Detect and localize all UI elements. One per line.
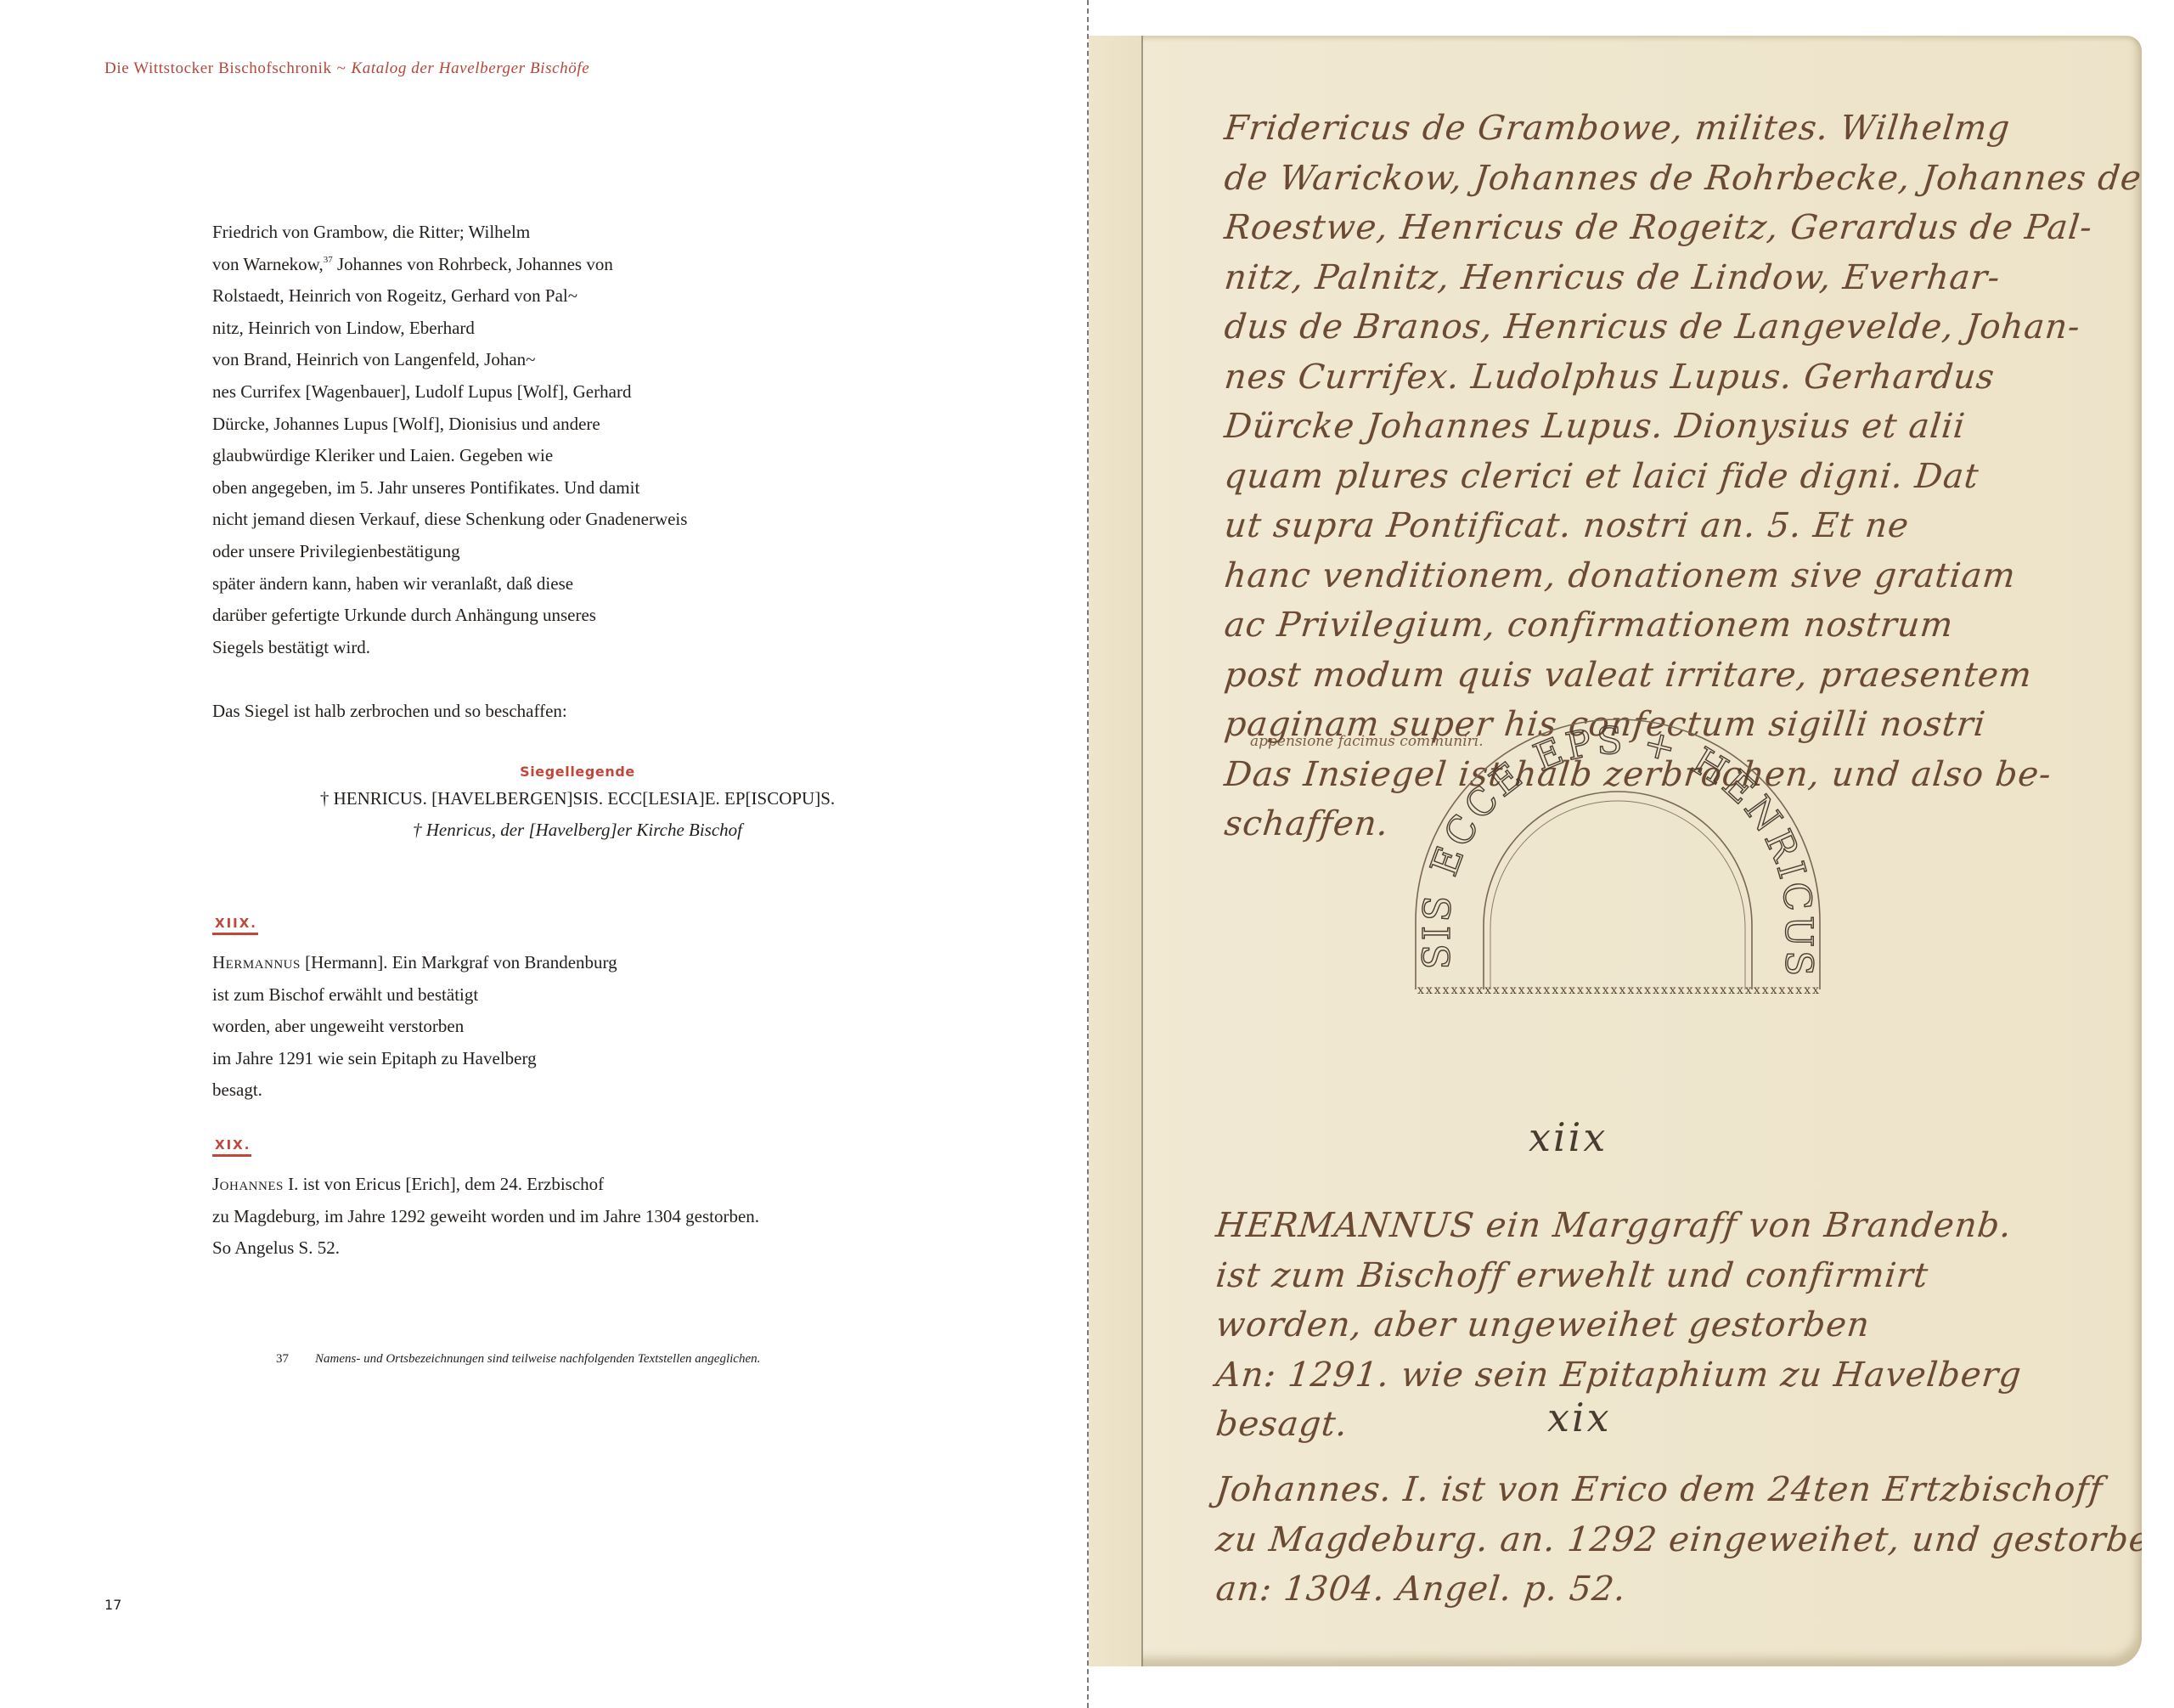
text-line: glaubwürdige Kleriker und Laien. Gegeben…: [212, 440, 977, 472]
text-line: Siegels bestätigt wird.: [212, 632, 977, 664]
bishop-name: Johannes: [212, 1174, 284, 1194]
section-text: Hermannus [Hermann]. Ein Markgraf von Br…: [212, 947, 977, 1107]
text-span: Johannes von Rohrbeck, Johannes von: [333, 254, 613, 274]
section-number: XIX.: [212, 1137, 251, 1157]
svg-text:SIS ECCE EPS + HENRICUS: SIS ECCE EPS + HENRICUS: [1415, 719, 1820, 980]
seal-legend-block: Siegellegende † HENRICUS. [HAVELBERGEN]S…: [280, 761, 875, 846]
seal-legend-translation: † Henricus, der [Havelberg]er Kirche Bis…: [280, 815, 875, 846]
title-separator: ~: [337, 59, 346, 77]
manuscript-line: nitz, Palnitz, Henricus de Lindow, Everh…: [1222, 253, 2127, 303]
left-page: Die Wittstocker Bischofschronik~Katalog …: [0, 0, 1087, 1708]
seal-legend-label: Siegellegende: [280, 761, 875, 783]
paragraph-gap: [212, 663, 977, 696]
running-head: Die Wittstocker Bischofschronik~Katalog …: [104, 59, 589, 78]
manuscript-line: besagt.: [1214, 1400, 2136, 1450]
manuscript-line: quam plures clerici et laici fide digni.…: [1222, 452, 2127, 502]
footnote-number: 37: [276, 1352, 315, 1367]
text-line: nicht jemand diesen Verkauf, diese Schen…: [212, 504, 977, 536]
manuscript-line: Johannes. I. ist von Erico dem 24ten Ert…: [1214, 1465, 2136, 1515]
manuscript-section-xiix: HERMANNUS ein Marggraff von Brandenb. is…: [1216, 1201, 2133, 1450]
text-line: später ändern kann, haben wir veranlaßt,…: [212, 568, 977, 600]
manuscript-facsimile: Fridericus de Grambowe, milites. Wilhelm…: [1089, 36, 2142, 1666]
manuscript-line: Dürcke Johannes Lupus. Dionysius et alii: [1222, 402, 2127, 452]
text-span: [Hermann]. Ein Markgraf von Brandenburg: [301, 952, 617, 972]
text-line: Dürcke, Johannes Lupus [Wolf], Dionisius…: [212, 409, 977, 441]
text-line: nitz, Heinrich von Lindow, Eberhard: [212, 313, 977, 345]
manuscript-line: dus de Branos, Henricus de Langevelde, J…: [1222, 302, 2127, 352]
text-line: So Angelus S. 52.: [212, 1232, 977, 1265]
section-xix: XIX. Johannes I. ist von Ericus [Erich],…: [212, 1137, 977, 1265]
section-number: XIIX.: [212, 916, 258, 935]
footnote-ref[interactable]: 37: [324, 255, 333, 265]
section-xiix: XIIX. Hermannus [Hermann]. Ein Markgraf …: [212, 916, 977, 1107]
manuscript-line: ut supra Pontificat. nostri an. 5. Et ne: [1222, 501, 2127, 551]
manuscript-section-xix: Johannes. I. ist von Erico dem 24ten Ert…: [1216, 1465, 2133, 1615]
section-text: Johannes I. ist von Ericus [Erich], dem …: [212, 1169, 977, 1265]
text-line: zu Magdeburg, im Jahre 1292 geweiht word…: [212, 1201, 977, 1233]
text-line: Rolstaedt, Heinrich von Rogeitz, Gerhard…: [212, 280, 977, 313]
footnote: 37Namens- und Ortsbezeichnungen sind tei…: [276, 1352, 760, 1367]
manuscript-line: nes Currifex. Ludolphus Lupus. Gerhardus: [1222, 352, 2127, 403]
svg-text:xxxxxxxxxxxxxxxxxxxxxxxxxxxxxx: xxxxxxxxxxxxxxxxxxxxxxxxxxxxxxxxxxxxxxxx…: [1417, 984, 1821, 997]
text-line: nes Currifex [Wagenbauer], Ludolf Lupus …: [212, 376, 977, 409]
manuscript-line: worden, aber ungeweihet gestorben: [1214, 1300, 2136, 1350]
text-line: im Jahre 1291 wie sein Epitaph zu Havelb…: [212, 1043, 977, 1075]
chapter-title: Katalog der Havelberger Bischöfe: [352, 59, 590, 77]
text-span: ist von Ericus [Erich], dem 24. Erzbisch…: [298, 1174, 604, 1194]
text-line: oder unsere Privilegienbestätigung: [212, 536, 977, 568]
page-number: 17: [104, 1597, 121, 1613]
seal-legend-drawn: SIS ECCE EPS + HENRICUS: [1415, 719, 1820, 980]
manuscript-heading-xiix: xiix: [1529, 1114, 1608, 1160]
manuscript-line: an: 1304. Angel. p. 52.: [1214, 1564, 2136, 1615]
manuscript-line: An: 1291. wie sein Epitaphium zu Havelbe…: [1214, 1350, 2136, 1401]
bishop-name: Hermannus: [212, 952, 301, 972]
text-line: besagt.: [212, 1074, 977, 1107]
manuscript-line: Fridericus de Grambowe, milites. Wilhelm…: [1222, 104, 2127, 154]
manuscript-line: ac Privilegium, confirmationem nostrum: [1222, 600, 2127, 651]
text-line: Friedrich von Grambow, die Ritter; Wilhe…: [212, 217, 977, 249]
footnote-text: Namens- und Ortsbezeichnungen sind teilw…: [315, 1352, 760, 1366]
manuscript-line: zu Magdeburg. an. 1292 eingeweihet, und …: [1214, 1515, 2136, 1565]
manuscript-heading-xix: xix: [1547, 1395, 1612, 1440]
manuscript-line: Roestwe, Henricus de Rogeitz, Gerardus d…: [1222, 203, 2127, 253]
text-line: von Warnekow,37 Johannes von Rohrbeck, J…: [212, 249, 977, 281]
seal-intro-line: Das Siegel ist halb zerbrochen und so be…: [212, 696, 977, 728]
manuscript-line: ist zum Bischoff erwehlt und confirmirt: [1214, 1251, 2136, 1301]
text-line: ist zum Bischof erwählt und bestätigt: [212, 979, 977, 1012]
text-span: von Warnekow,: [212, 254, 324, 274]
manuscript-line: post modum quis valeat irritare, praesen…: [1222, 651, 2127, 701]
binding-fold-line: [1141, 36, 1143, 1666]
manuscript-line: hanc venditionem, donationem sive gratia…: [1222, 551, 2127, 601]
translation-paragraph: Friedrich von Grambow, die Ritter; Wilhe…: [212, 217, 977, 728]
text-line: oben angegeben, im 5. Jahr unseres Ponti…: [212, 472, 977, 505]
seal-legend-latin: † HENRICUS. [HAVELBERGEN]SIS. ECC[LESIA]…: [280, 783, 875, 815]
text-line: worden, aber ungeweiht verstorben: [212, 1011, 977, 1043]
bishop-ordinal: I.: [284, 1174, 299, 1194]
text-line: Hermannus [Hermann]. Ein Markgraf von Br…: [212, 947, 977, 979]
manuscript-line: de Warickow, Johannes de Rohrbecke, Joha…: [1222, 154, 2127, 204]
book-title: Die Wittstocker Bischofschronik: [104, 59, 332, 77]
manuscript-line: HERMANNUS ein Marggraff von Brandenb.: [1214, 1201, 2136, 1251]
text-line: von Brand, Heinrich von Langenfeld, Joha…: [212, 344, 977, 376]
text-line: Johannes I. ist von Ericus [Erich], dem …: [212, 1169, 977, 1201]
text-line: darüber gefertigte Urkunde durch Anhängu…: [212, 600, 977, 632]
seal-drawing-icon: SIS ECCE EPS + HENRICUS xxxxxxxxxxxxxxxx…: [1405, 709, 1830, 998]
binding-margin: [1089, 36, 1141, 1666]
